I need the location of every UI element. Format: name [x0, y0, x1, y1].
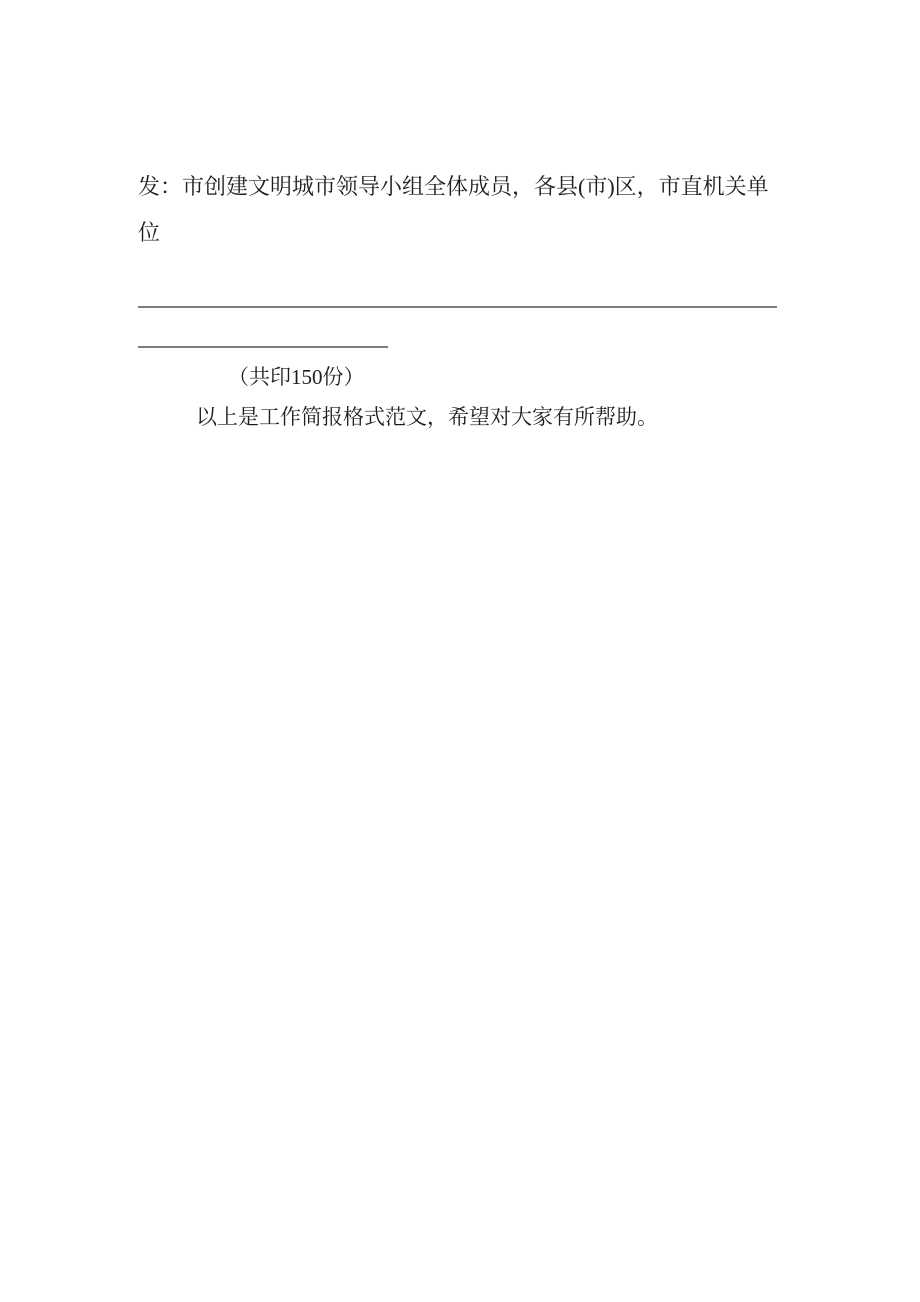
divider-line-long [138, 306, 777, 308]
distribution-line-1: 发：市创建文明城市领导小组全体成员，各县(市)区，市直机关单 [138, 164, 798, 210]
document-page: 发：市创建文明城市领导小组全体成员，各县(市)区，市直机关单 位 （共印150份… [0, 0, 920, 1302]
print-count-note: （共印150份） [228, 362, 365, 392]
closing-note: 以上是工作简报格式范文，希望对大家有所帮助。 [196, 402, 658, 432]
distribution-paragraph: 发：市创建文明城市领导小组全体成员，各县(市)区，市直机关单 位 [138, 164, 798, 256]
distribution-line-2: 位 [138, 210, 798, 256]
divider-line-short [138, 346, 388, 348]
